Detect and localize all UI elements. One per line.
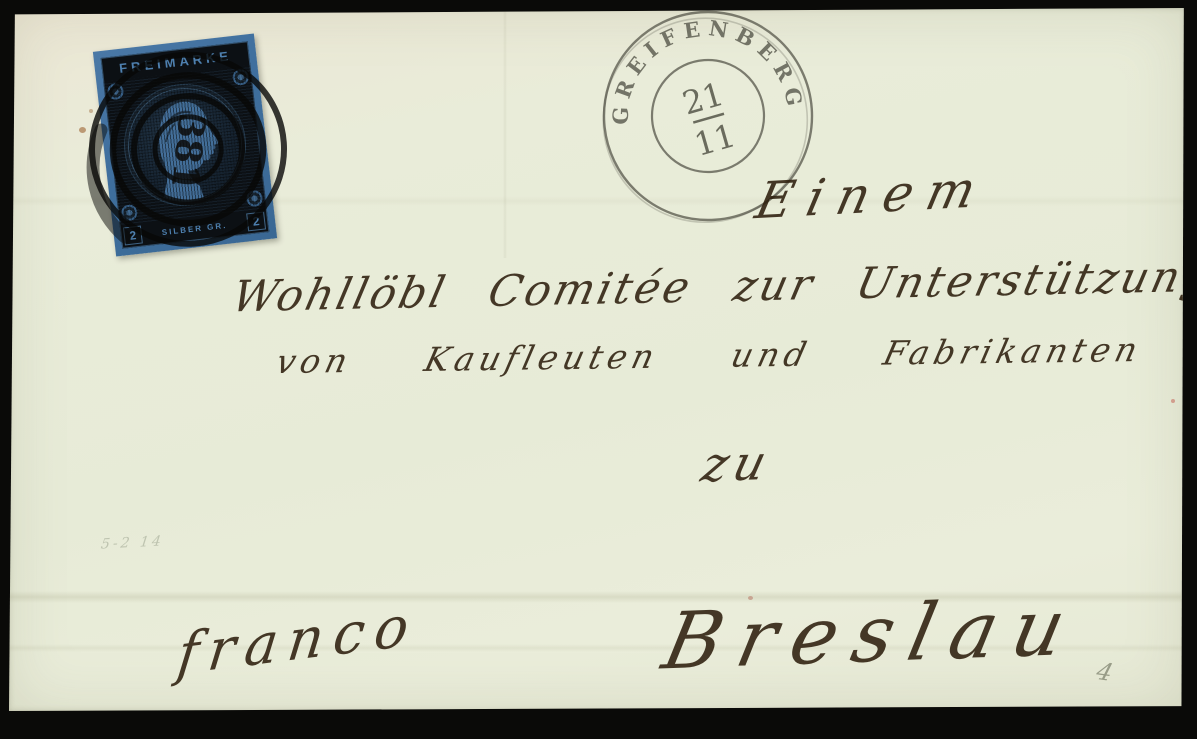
address-city: Breslau: [655, 582, 1089, 687]
letter-cover: FREIMARKE 2 SILBER GR: [9, 8, 1185, 711]
datestamp-month: 11: [690, 116, 740, 164]
franking-note: franco: [174, 593, 422, 689]
address-salutation: Einem: [750, 160, 995, 231]
pencil-number: 4: [1093, 657, 1116, 686]
address-line-merchants: von Kaufleuten und Fabrikanten: [272, 330, 1146, 381]
cancel-number: 381: [163, 111, 213, 190]
foxing-stain: [1171, 399, 1175, 403]
address-line-zu: zu: [696, 435, 778, 494]
pencil-note: 5-2 14: [100, 533, 165, 552]
address-line-committee: Wohllöbl Comitée zur Unterstützung: [227, 252, 1197, 323]
vertical-fold-line: [503, 8, 507, 258]
ring-numeral-cancel: 381: [73, 34, 303, 264]
